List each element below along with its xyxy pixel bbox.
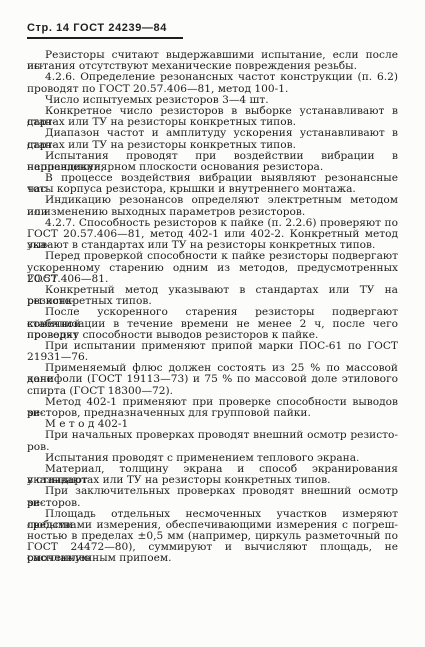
text-line: Перед проверкой способности к пайке рези… (27, 251, 398, 262)
paragraph: Материал, толщину экрана и способ экрани… (27, 464, 398, 486)
paragraph: Испытания проводят при воздействии вибра… (27, 151, 398, 173)
page-header: Стр. 14 ГОСТ 24239—84 (27, 22, 183, 39)
document-body: Резисторы считают выдержавшими испытание… (27, 50, 398, 565)
paragraph: При заключительных проверках проводят вн… (27, 486, 398, 508)
paragraph: После ускоренного старения резисторы под… (27, 307, 398, 341)
paragraph: Конкретное число резисторов в выборке ус… (27, 106, 398, 128)
paragraph: Метод 402-1 применяют при проверке спосо… (27, 397, 398, 419)
text-line: Индикацию резонансов определяют электрет… (27, 195, 398, 206)
text-line: После ускоренного старения резисторы под… (27, 307, 398, 318)
paragraph: Индикацию резонансов определяют электрет… (27, 195, 398, 217)
paragraph: Применяемый флюс должен состоять из 25 %… (27, 363, 398, 397)
paragraph: Площадь отдельных несмоченных участков и… (27, 509, 398, 565)
text-line: Диапазон частот и амплитуду ускорения ус… (27, 128, 398, 139)
paragraph: При испытании применяют припой марки ПОС… (27, 341, 398, 363)
text-line: стабилизации в течение времени не менее … (27, 319, 398, 330)
paragraph: Диапазон частот и амплитуду ускорения ус… (27, 128, 398, 150)
paragraph: 4.2.6. Определение резонансных частот ко… (27, 72, 398, 94)
paragraph: В процессе воздействия вибрации выявляют… (27, 173, 398, 195)
paragraph: Перед проверкой способности к пайке рези… (27, 251, 398, 285)
text-line: канифоли (ГОСТ 19113—73) и 75 % по массо… (27, 374, 398, 385)
paragraph: 4.2.7. Способность резисторов к пайке (п… (27, 218, 398, 252)
text-line: расплавленным припоем. (27, 553, 398, 564)
paragraph: Конкретный метод указывают в стандартах … (27, 285, 398, 307)
paragraph: Резисторы считают выдержавшими испытание… (27, 50, 398, 72)
text-line: При начальных проверках проводят внешний… (27, 430, 398, 441)
text-line: дартах или ТУ на резисторы конкретных ти… (27, 140, 398, 151)
text-line: 4.2.6. Определение резонансных частот ко… (27, 72, 398, 83)
document-page: Стр. 14 ГОСТ 24239—84 Резисторы считают … (0, 0, 425, 647)
paragraph: При начальных проверках проводят внешний… (27, 430, 398, 452)
text-line: При заключительных проверках проводят вн… (27, 486, 398, 497)
text-line: зисторов. (27, 498, 398, 509)
